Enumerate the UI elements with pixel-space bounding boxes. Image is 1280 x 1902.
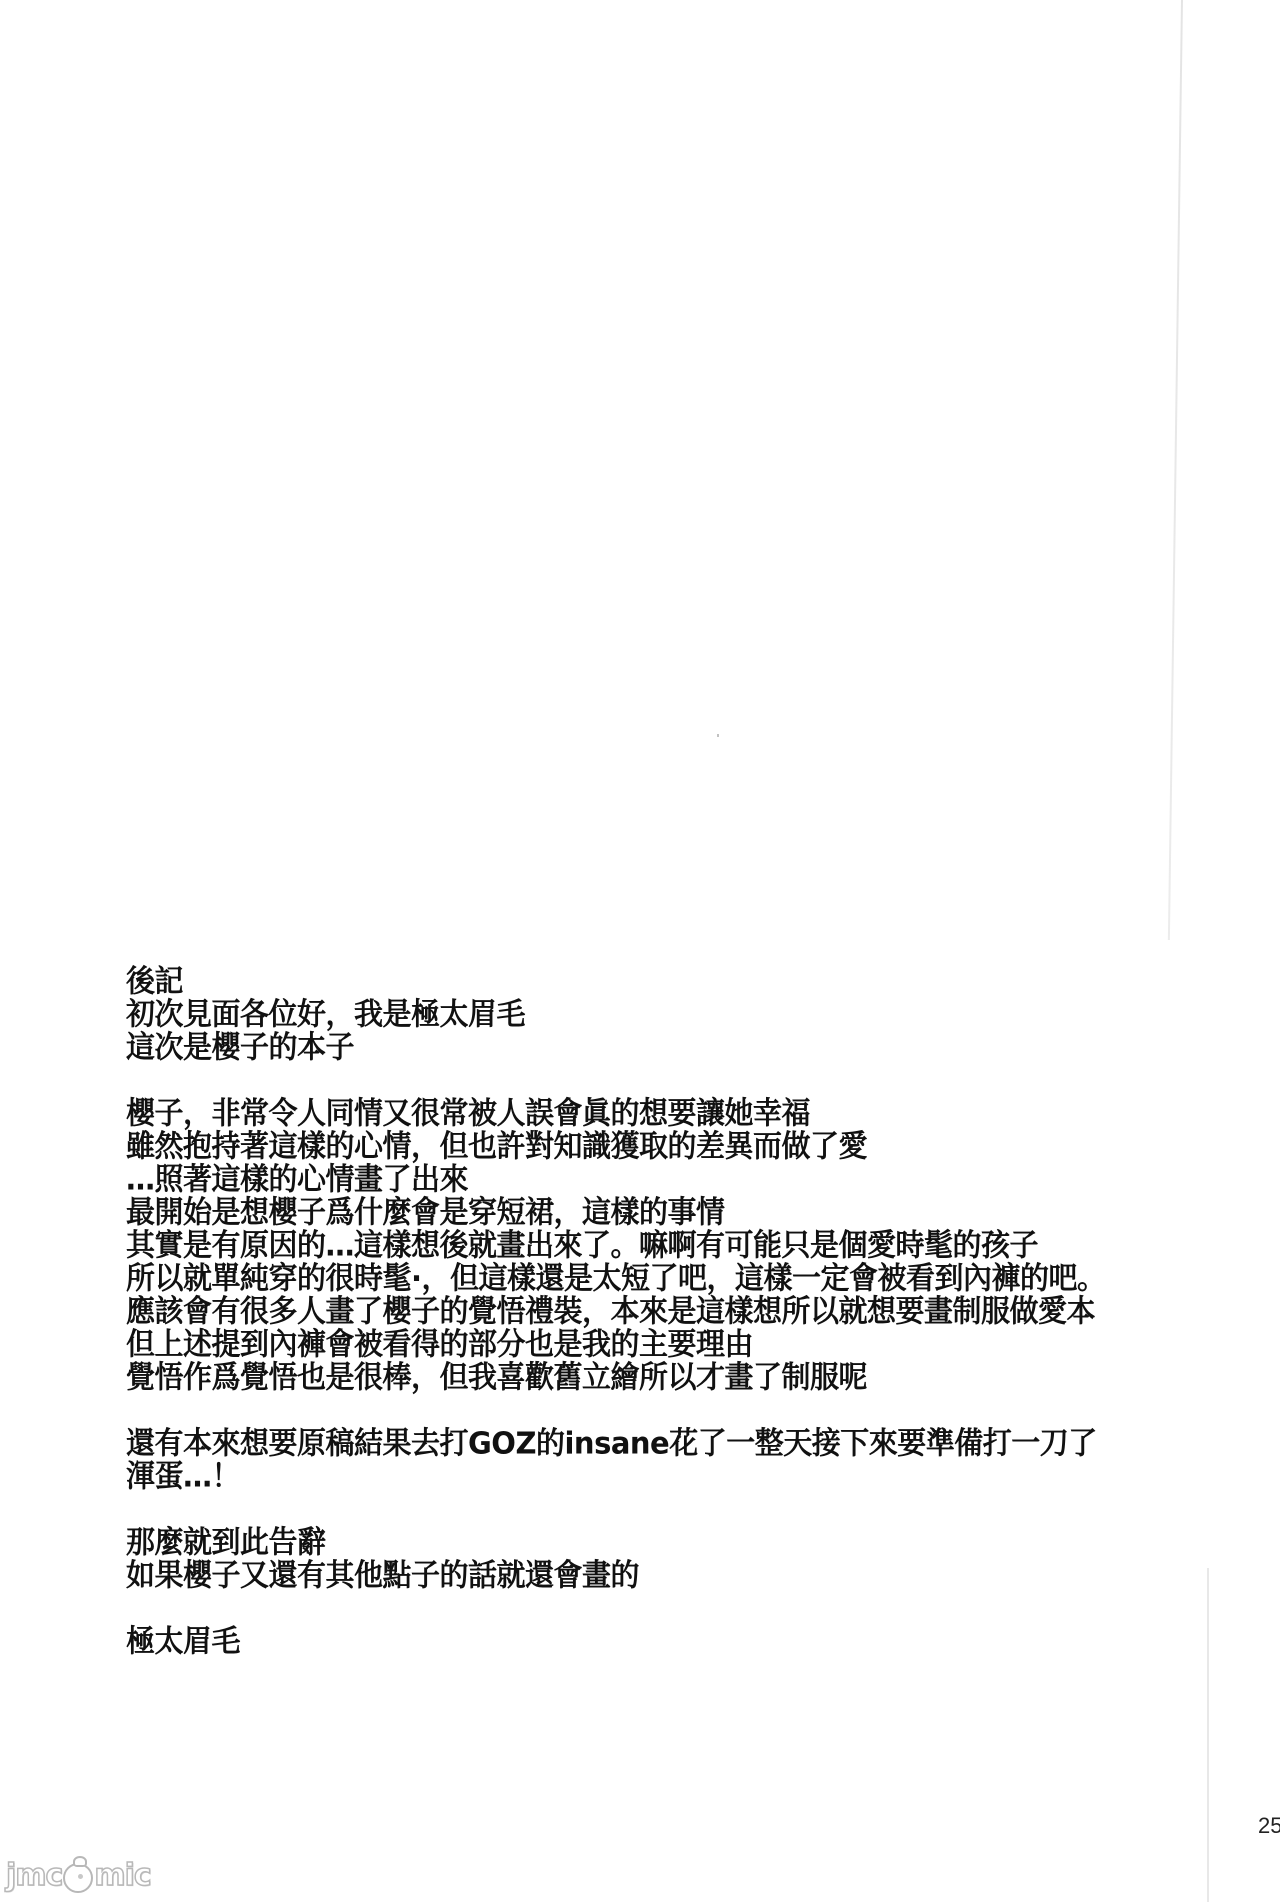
text-line: 渾蛋…！: [126, 1459, 1186, 1494]
text-line: 但上述提到內褲會被看得的部分也是我的主要理由: [126, 1327, 1186, 1362]
paragraph-gap: [126, 1063, 1186, 1096]
text-line: 還有本來想要原稿結果去打GOZ的insane花了一整天接下來要準備打一刀了: [126, 1426, 1186, 1461]
page-edge-line-bottom: [1207, 1568, 1209, 1902]
manga-page: 後記 初次見面各位好，我是極太眉毛 這次是櫻子的本子 櫻子，非常令人同情又很常被…: [0, 0, 1280, 1902]
text-line: 最開始是想櫻子爲什麼會是穿短裙，這樣的事情: [126, 1195, 1186, 1230]
round-face-mascot-icon: [63, 1863, 93, 1893]
afterword-text-block: 後記 初次見面各位好，我是極太眉毛 這次是櫻子的本子 櫻子，非常令人同情又很常被…: [126, 964, 1186, 1657]
text-line: 那麼就到此告辭: [126, 1525, 1186, 1560]
paragraph-gap: [126, 1591, 1186, 1624]
text-line: 這次是櫻子的本子: [126, 1030, 1186, 1065]
afterword-title: 後記: [126, 964, 1186, 999]
text-line: 其實是有原因的…這樣想後就畫出來了。嘛啊有可能只是個愛時髦的孩子: [126, 1228, 1186, 1263]
text-line: 初次見面各位好，我是極太眉毛: [126, 997, 1186, 1032]
paragraph-gap: [126, 1393, 1186, 1426]
author-signature: 極太眉毛: [126, 1624, 1186, 1659]
page-edge-line-top: [1168, 0, 1183, 940]
watermark-text-right: mic: [94, 1858, 150, 1893]
page-number: 25: [1258, 1813, 1280, 1839]
text-line: 所以就單純穿的很時髦·，但這樣還是太短了吧，這樣一定會被看到內褲的吧。: [126, 1261, 1186, 1296]
text-line: 櫻子，非常令人同情又很常被人誤會眞的想要讓她幸福: [126, 1096, 1186, 1131]
watermark-text-left: jmc: [6, 1858, 62, 1893]
scan-speck: [717, 734, 719, 737]
text-line: 如果櫻子又還有其他點子的話就還會畫的: [126, 1558, 1186, 1593]
text-line: 覺悟作爲覺悟也是很棒，但我喜歡舊立繪所以才畫了制服呢: [126, 1360, 1186, 1395]
text-line: 應該會有很多人畫了櫻子的覺悟禮裝，本來是這樣想所以就想要畫制服做愛本: [126, 1294, 1186, 1329]
site-watermark: jmc mic: [6, 1858, 151, 1893]
text-line: 雖然抱持著這樣的心情，但也許對知識獲取的差異而做了愛: [126, 1129, 1186, 1164]
text-line: …照著這樣的心情畫了出來: [126, 1162, 1186, 1197]
paragraph-gap: [126, 1492, 1186, 1525]
